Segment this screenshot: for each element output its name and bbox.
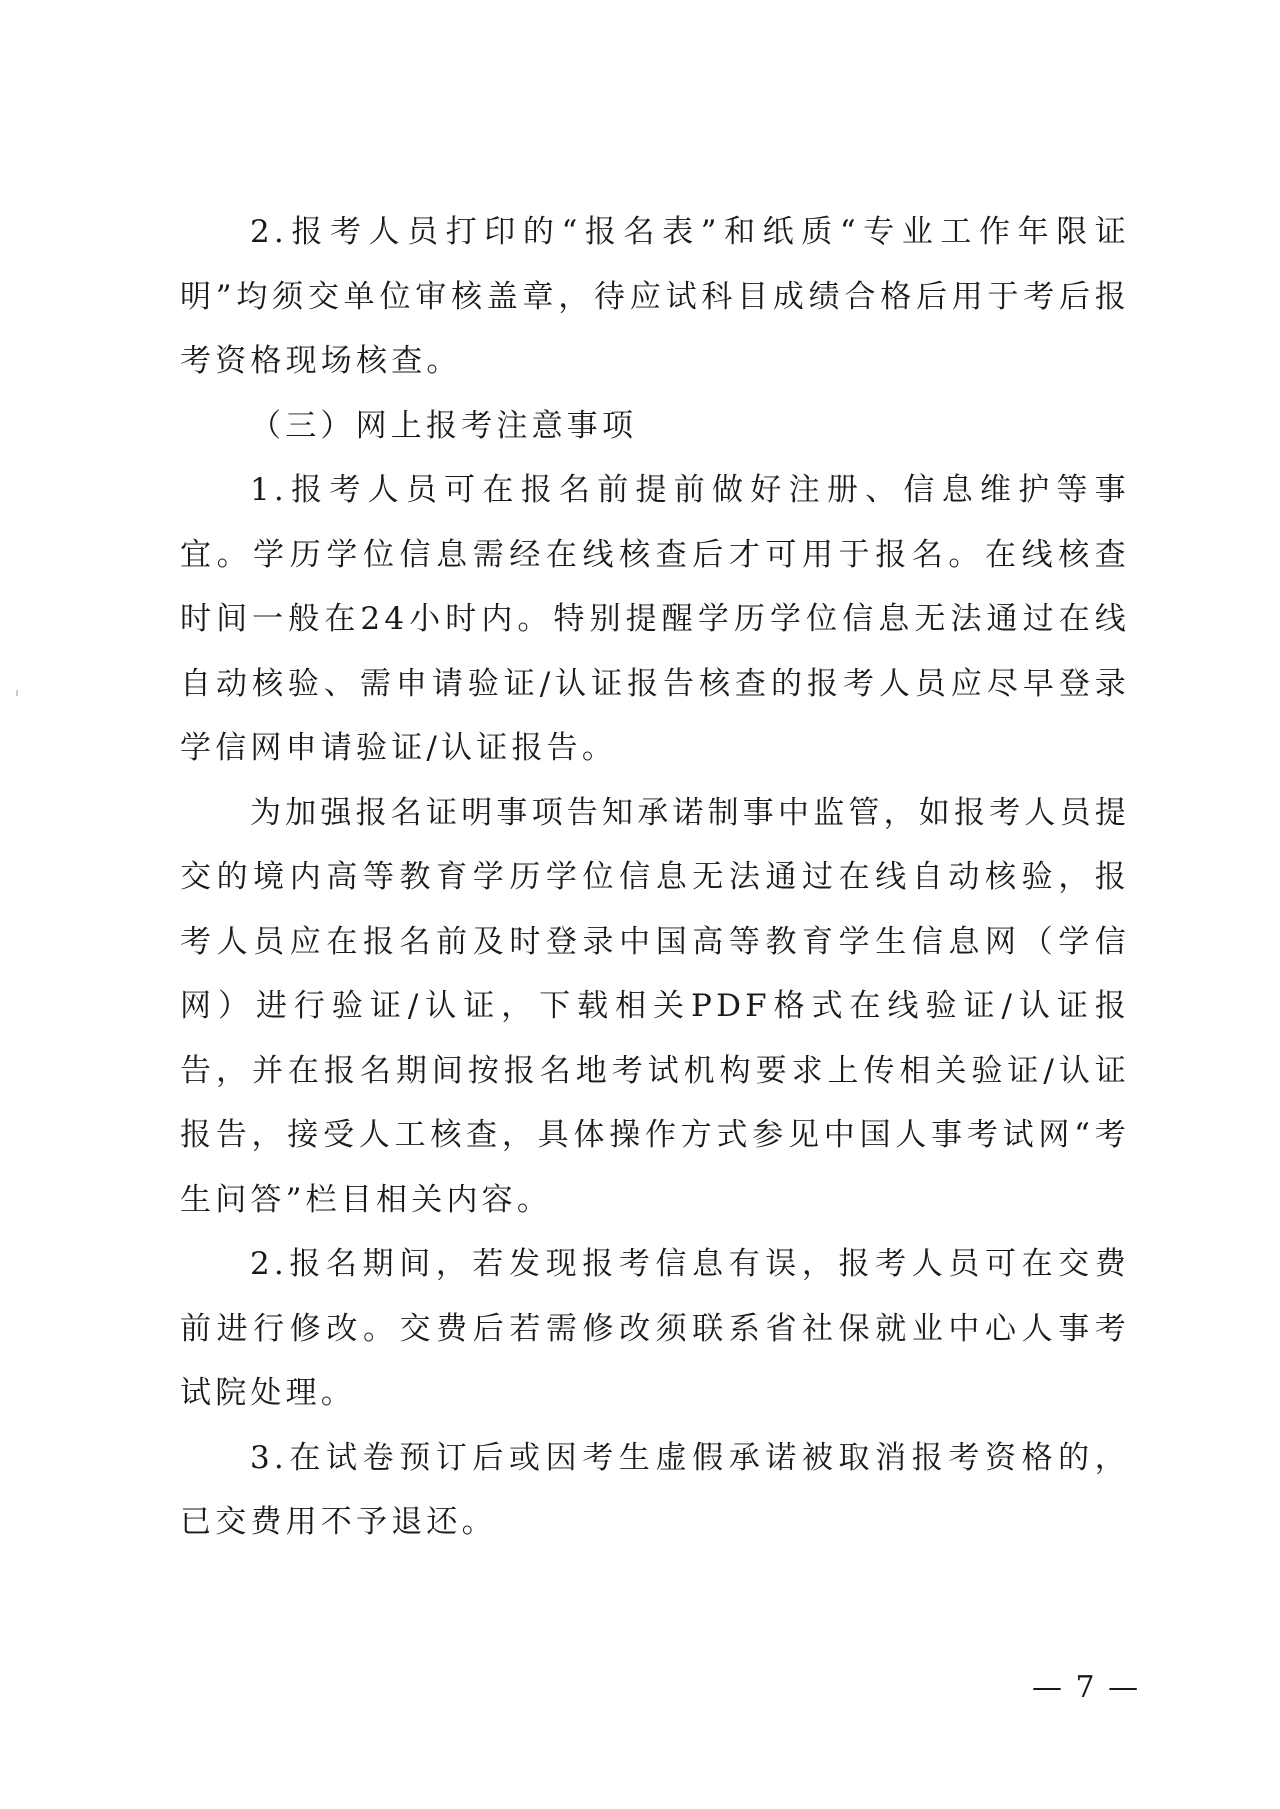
paragraph-print-forms: 2.报考人员打印的“报名表”和纸质“专业工作年限证明”均须交单位审核盖章，待应试… (180, 200, 1130, 394)
scan-artifact (16, 690, 18, 696)
paragraph-registration-prep: 1.报考人员可在报名前提前做好注册、信息维护等事宜。学历学位信息需经在线核查后才… (180, 458, 1130, 781)
section-heading-online-registration-notes: （三）网上报考注意事项 (180, 394, 1130, 459)
page-number: — 7 — (1032, 1670, 1140, 1705)
document-page: 2.报考人员打印的“报名表”和纸质“专业工作年限证明”均须交单位审核盖章，待应试… (0, 0, 1280, 1809)
paragraph-no-refund: 3.在试卷预订后或因考生虚假承诺被取消报考资格的，已交费用不予退还。 (180, 1426, 1130, 1555)
document-body: 2.报考人员打印的“报名表”和纸质“专业工作年限证明”均须交单位审核盖章，待应试… (180, 200, 1130, 1555)
paragraph-info-correction: 2.报名期间，若发现报考信息有误，报考人员可在交费前进行修改。交费后若需修改须联… (180, 1232, 1130, 1426)
paragraph-verification-supervision: 为加强报名证明事项告知承诺制事中监管，如报考人员提交的境内高等教育学历学位信息无… (180, 781, 1130, 1233)
